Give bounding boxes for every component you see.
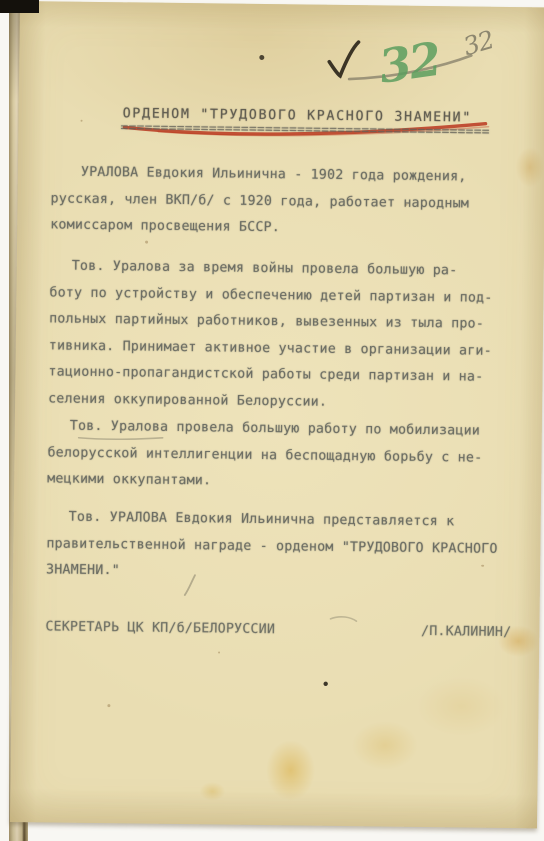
paragraph-biography: УРАЛОВА Евдокия Ильинична - 1902 года ро… [50,159,517,244]
foxing-speck [218,651,220,653]
paragraph-war-work: Тов. Уралова за время войны провела боль… [48,253,516,418]
signature-row: СЕКРЕТАРЬ ЦК КП/б/БЕЛОРУССИИ /П.КАЛИНИН/ [45,619,511,640]
checkmark-icon [329,42,358,76]
ink-dot [259,55,264,60]
foxing-speck [107,704,110,707]
pencil-mark [330,617,356,621]
foxing-speck [145,241,148,244]
typed-underline: ========================================… [120,115,490,146]
page-number-green: 32 [376,32,443,94]
document-page: 32 32 ОРДЕНОМ "ТРУДОВОГО КРАСНОГО ЗНАМЕН… [10,1,544,828]
paragraph-mobilization: Тов. Уралова провела большую работу по м… [47,413,514,498]
page-number-pencil: 32 [460,25,497,61]
foxing-speck [81,120,83,122]
foxing-speck [481,565,484,567]
foxing-speck [254,346,256,349]
signatory-name: /П.КАЛИНИН/ [421,624,511,640]
scan-corner-shadow [0,0,39,13]
ink-speck [323,682,327,686]
paragraph-award-recommendation: Тов. УРАЛОВА Евдокия Ильинична представл… [46,504,513,589]
signatory-position: СЕКРЕТАРЬ ЦК КП/б/БЕЛОРУССИИ [45,619,275,637]
foxing-speck [406,204,408,206]
